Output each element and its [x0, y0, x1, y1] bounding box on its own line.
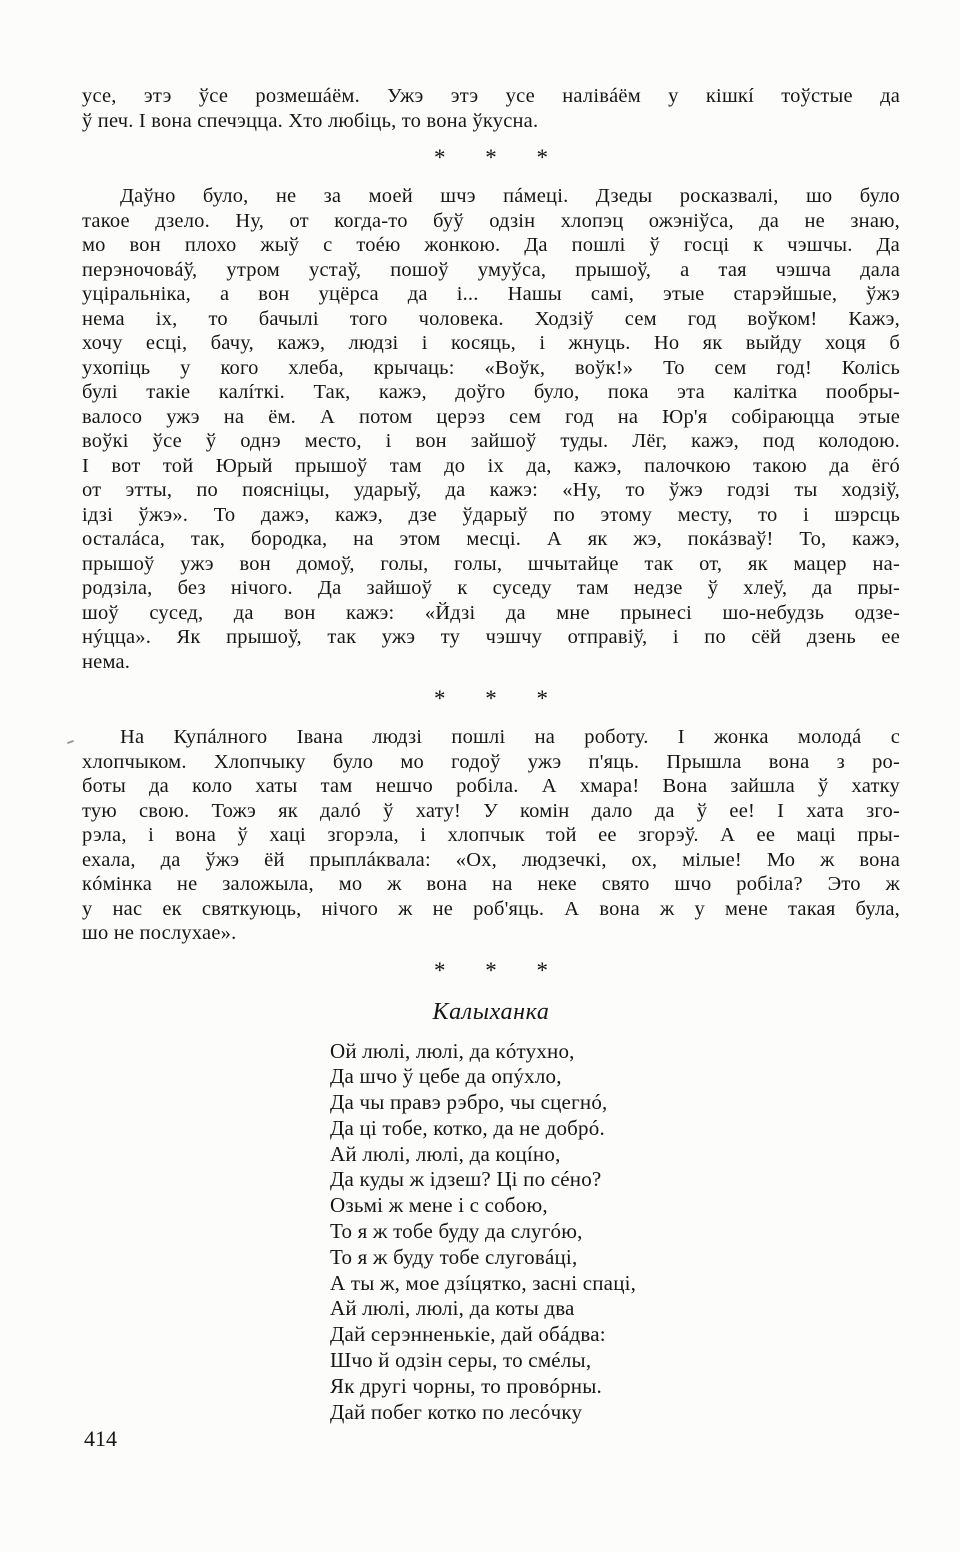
text-line: уціральніка, а вон уцёрса да і... Нашы с…	[82, 282, 900, 307]
text-line: перэночовáў, утром устаў, пошоў умуўса, …	[82, 258, 900, 283]
scan-artifact	[67, 740, 74, 744]
text-column: усе, этэ ўсе розмешáём. Ужэ этэ усе налі…	[82, 84, 900, 1425]
poem-line: Дай серэнненькіе, дай обáдва:	[330, 1322, 900, 1348]
text-line: такое дзело. Ну, от когда-то буў одзін х…	[82, 209, 900, 234]
text-line: родзіла, без нічого. Да зайшоў к суседу …	[82, 576, 900, 601]
text-line: нема.	[82, 650, 900, 675]
text-line: от этты, по поясніцы, ударыў, да кажэ: «…	[82, 478, 900, 503]
text-line: Даўно було, не за моей шчэ пáмеці. Дзеды…	[82, 184, 900, 209]
poem-line: Як другі чорны, то провóрны.	[330, 1374, 900, 1400]
poem-line: Озьмі ж мене і с собою,	[330, 1193, 900, 1219]
poem-line: Ой люлі, люлі, да кóтухно,	[330, 1039, 900, 1065]
poem-line: А ты ж, мое дзíцятко, засні спаці,	[330, 1271, 900, 1297]
text-line: воўкі ўсе ў однэ место, і вон зайшоў туд…	[82, 429, 900, 454]
text-line: булі такіе калíткі. Так, кажэ, доўго бул…	[82, 380, 900, 405]
poem-line: Ай люлі, люлі, да коты два	[330, 1296, 900, 1322]
text-line: прышоў ужэ вон домоў, голы, голы, шчытай…	[82, 552, 900, 577]
text-line: І вот той Юрый прышоў там до іх да, кажэ…	[82, 454, 900, 479]
paragraph-kupala-tale: На Купáлного Івана людзі пошлі на роботу…	[82, 725, 900, 946]
poem-title: Калыханка	[82, 997, 900, 1027]
text-line: усе, этэ ўсе розмешáём. Ужэ этэ усе налі…	[82, 84, 900, 109]
poem-line: Ай люлі, люлі, да коцíно,	[330, 1142, 900, 1168]
section-separator: * * *	[82, 146, 900, 170]
text-line: мо вон плохо жыў с тоéю жонкою. Да пошлі…	[82, 233, 900, 258]
poem-line: Да ці тобе, котко, да не добрó.	[330, 1116, 900, 1142]
poem-line: То я ж тобе буду да слугóю,	[330, 1219, 900, 1245]
book-page: усе, этэ ўсе розмешáём. Ужэ этэ усе налі…	[0, 0, 960, 1552]
text-line: боты да коло хаты там нешчо робіла. А хм…	[82, 774, 900, 799]
text-line: нýцца». Як прышоў, так ужэ ту чэшчу отпр…	[82, 625, 900, 650]
text-line: ехала, да ўжэ ёй прыплáквала: «Ох, людзе…	[82, 848, 900, 873]
text-line: тую свою. Тожэ як далó ў хату! У комін д…	[82, 799, 900, 824]
poem-lullaby: Ой люлі, люлі, да кóтухно, Да шчо ў цебе…	[330, 1039, 900, 1426]
text-line: у нас ек святкуюць, нічого ж не роб'яць.…	[82, 897, 900, 922]
text-line: осталáса, так, бородка, на этом месці. А…	[82, 527, 900, 552]
poem-line: Да чы правэ рэбро, чы сцегнó,	[330, 1090, 900, 1116]
text-line: ідзі ўжэ». То дажэ, кажэ, дзе ўдарыў по …	[82, 503, 900, 528]
poem-line: То я ж буду тобе слуговáці,	[330, 1245, 900, 1271]
text-line: На Купáлного Івана людзі пошлі на роботу…	[82, 725, 900, 750]
text-line: шо не послухае».	[82, 921, 900, 946]
page-number: 414	[84, 1426, 117, 1452]
section-separator: * * *	[82, 687, 900, 711]
text-line: кóмінка не заложыла, мо ж вона на неке с…	[82, 872, 900, 897]
paragraph-opening: усе, этэ ўсе розмешáём. Ужэ этэ усе налі…	[82, 84, 900, 133]
text-line: хлопчыком. Хлопчыку було мо годоў ужэ п'…	[82, 750, 900, 775]
text-line: рэла, і вона ў хаці згорэла, і хлопчык т…	[82, 823, 900, 848]
poem-line: Дай побег котко по лесóчку	[330, 1400, 900, 1426]
paragraph-wolf-tale: Даўно було, не за моей шчэ пáмеці. Дзеды…	[82, 184, 900, 674]
text-line: нема іх, то бачылі того чоловека. Ходзіў…	[82, 307, 900, 332]
text-line: ў печ. І вона спечэцца. Хто любіць, то в…	[82, 109, 900, 134]
poem-line: Да куды ж ідзеш? Ці по сéно?	[330, 1167, 900, 1193]
poem-line: Да шчо ў цебе да опýхло,	[330, 1064, 900, 1090]
text-line: ухопіць у кого хлеба, крычаць: «Воўк, во…	[82, 356, 900, 381]
poem-line: Шчо й одзін серы, то смéлы,	[330, 1348, 900, 1374]
text-line: валосо ужэ на ём. А потом церэз сем год …	[82, 405, 900, 430]
text-line: шоў сусед, да вон кажэ: «Йдзі да мне пры…	[82, 601, 900, 626]
section-separator: * * *	[82, 959, 900, 983]
text-line: хочу есці, бачу, кажэ, людзі і косяць, і…	[82, 331, 900, 356]
